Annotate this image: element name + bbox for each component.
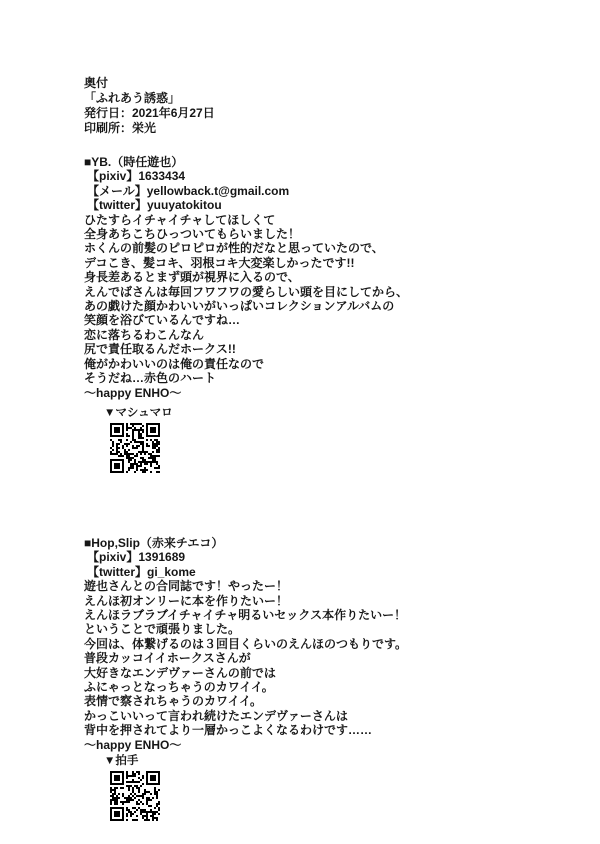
comment-line: 俺がかわいいのは俺の責任なので: [84, 357, 408, 371]
comment-line: 背中を押されてより一層かっこよくなるわけです……: [84, 723, 407, 737]
comment-line: えんほ初オンリーに本を作りたいー！: [84, 594, 407, 608]
comment-line: 遊也さんとの合同誌です！やったー！: [84, 579, 407, 593]
comment-line: デコこき、髪コキ、羽根コキ大変楽しかったです!!: [84, 256, 408, 270]
colophon-block: 奥付 「ふれあう誘惑」 発行日：2021年6月27日 印刷所：栄光: [84, 76, 215, 136]
contact-line: 【twitter】yuuyatokitou: [87, 198, 408, 212]
clap-qr-label: ▼拍手: [104, 755, 138, 767]
comment-line: ふにゃっとなっちゃうのカワイイ。: [84, 680, 407, 694]
comment-line: 笑顔を浴びているんですね…: [84, 313, 408, 327]
marshmallow-qr-label: ▼マシュマロ: [104, 407, 173, 419]
contact-line: 【twitter】gi_kome: [87, 565, 407, 579]
clap-qr-code: [110, 771, 160, 821]
comment-line: 表情で察されちゃうのカワイイ。: [84, 694, 407, 708]
comment-line: 尻で責任取るんだホークス!!: [84, 342, 408, 356]
author-comment-lines: 遊也さんとの合同誌です！やったー！えんほ初オンリーに本を作りたいー！えんほラブラ…: [84, 579, 407, 752]
comment-line: ～happy ENHO～: [84, 386, 408, 400]
author-contact-lines: 【pixiv】1633434【メール】yellowback.t@gmail.co…: [84, 169, 408, 212]
comment-line: 大好きなエンデヴァーさんの前では: [84, 666, 407, 680]
comment-line: えんほラブラブイチャイチャ明るいセックス本作りたいー！: [84, 608, 407, 622]
author-comment-lines: ひたすらイチャイチャしてほしくて全身あちこちひっついてもらいました！ホくんの前髪…: [84, 213, 408, 400]
colophon-page: 奥付 「ふれあう誘惑」 発行日：2021年6月27日 印刷所：栄光 ■YB.（時…: [0, 0, 600, 844]
comment-line: ホくんの前髪のピロピロが性的だなと思っていたので、: [84, 241, 408, 255]
comment-line: 全身あちこちひっついてもらいました！: [84, 227, 408, 241]
comment-line: あの戯けた顔かわいいがいっぱいコレクションアルバムの: [84, 299, 408, 313]
comment-line: ということで頑張りました。: [84, 622, 407, 636]
author-header: ■Hop,Slip（赤来チエコ）: [84, 536, 407, 550]
comment-line: ～happy ENHO～: [84, 738, 407, 752]
author-contact-lines: 【pixiv】1391689【twitter】gi_kome: [84, 550, 407, 579]
comment-line: 恋に落ちるわこんなん: [84, 328, 408, 342]
comment-line: かっこいいって言われ続けたエンデヴァーさんは: [84, 709, 407, 723]
author-header: ■YB.（時任遊也）: [84, 155, 408, 169]
book-title: 「ふれあう誘惑」: [84, 91, 215, 106]
printer: 印刷所：栄光: [84, 121, 215, 136]
author-section-yb: ■YB.（時任遊也） 【pixiv】1633434【メール】yellowback…: [84, 155, 408, 400]
marshmallow-qr-code: [110, 423, 162, 475]
comment-line: 身長差あるとまず頭が視界に入るので、: [84, 270, 408, 284]
comment-line: 普段カッコイイホークスさんが: [84, 651, 407, 665]
comment-line: ひたすらイチャイチャしてほしくて: [84, 213, 408, 227]
author-section-hopslip: ■Hop,Slip（赤来チエコ） 【pixiv】1391689【twitter】…: [84, 536, 407, 752]
comment-line: 今回は、体繋げるのは３回目くらいのえんほのつもりです。: [84, 637, 407, 651]
publish-date: 発行日：2021年6月27日: [84, 106, 215, 121]
comment-line: そうだね…赤色のハート: [84, 371, 408, 385]
contact-line: 【メール】yellowback.t@gmail.com: [87, 184, 408, 198]
colophon-label: 奥付: [84, 76, 215, 91]
contact-line: 【pixiv】1633434: [87, 169, 408, 183]
comment-line: えんでばさんは毎回フワフワの愛らしい頭を目にしてから、: [84, 285, 408, 299]
contact-line: 【pixiv】1391689: [87, 550, 407, 564]
